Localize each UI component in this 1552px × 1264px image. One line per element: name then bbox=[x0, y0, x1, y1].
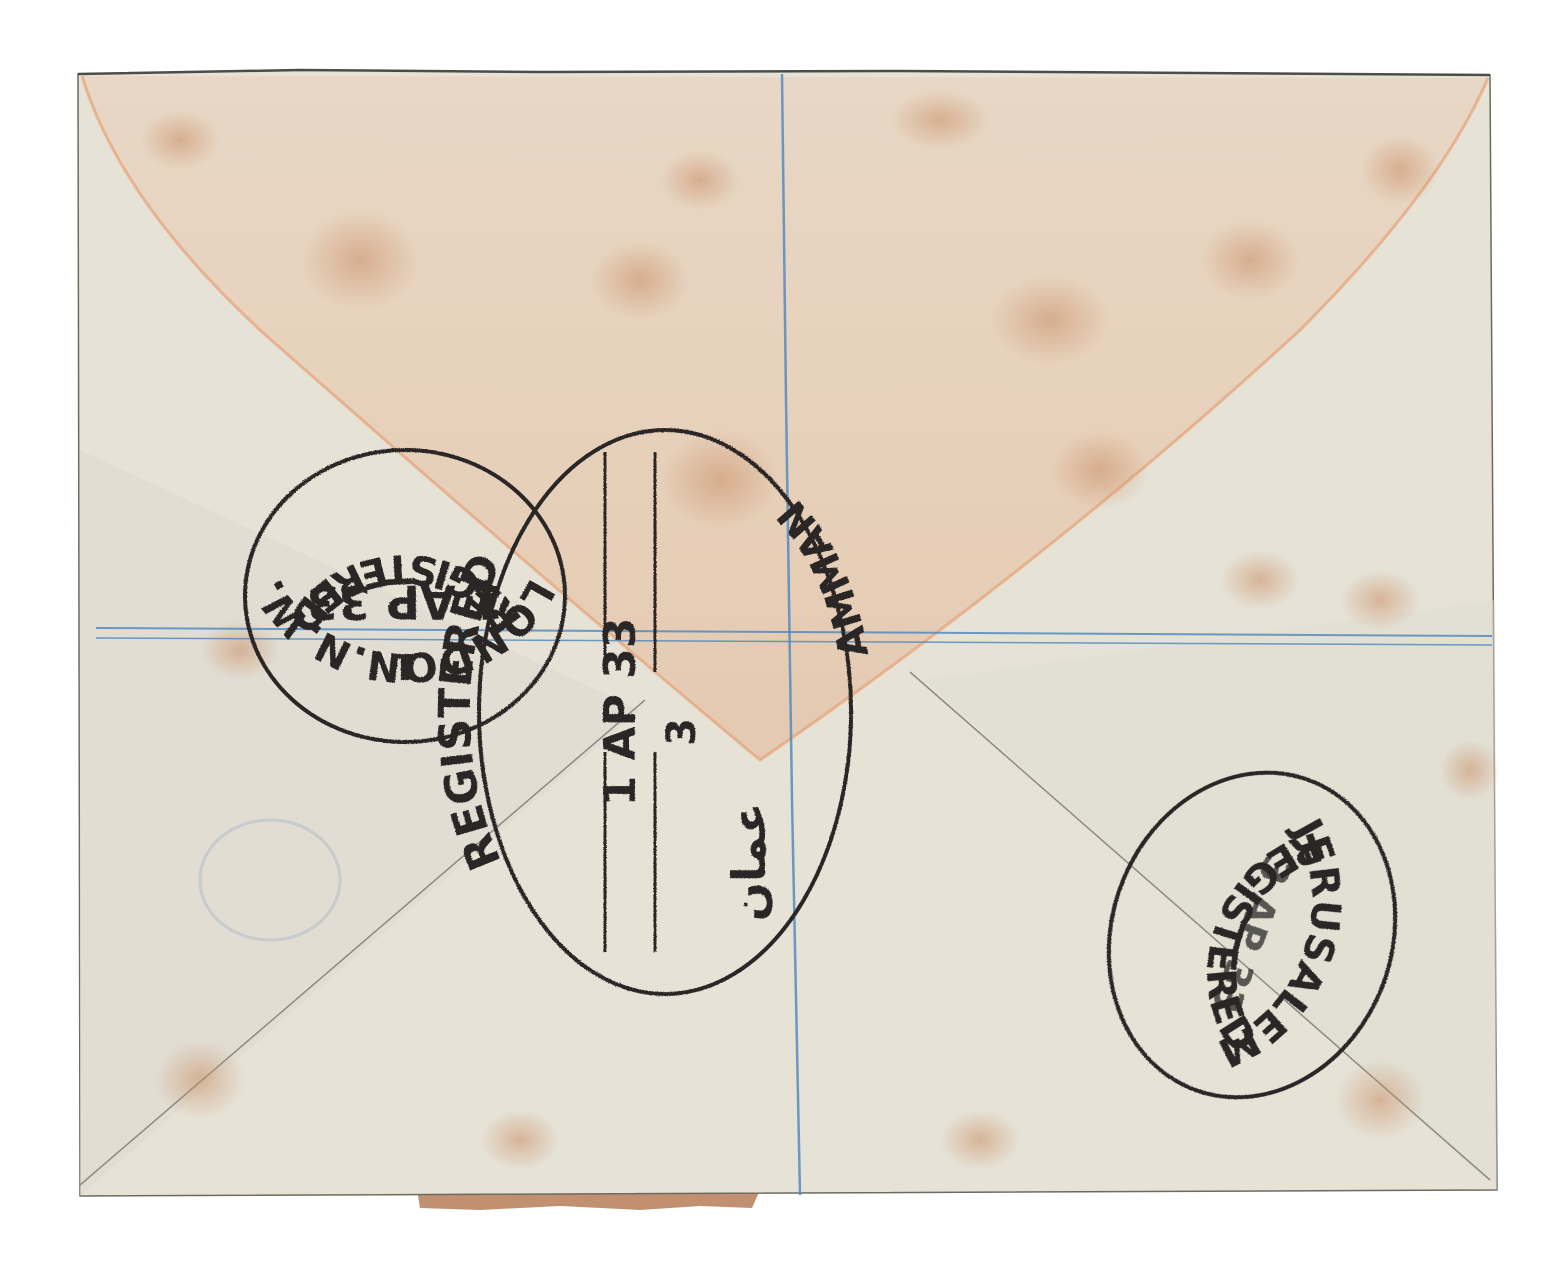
london-line-number: 1 bbox=[392, 645, 417, 686]
amman-date: 1 AP 33 bbox=[595, 618, 646, 807]
amman-line-number: 3 bbox=[659, 718, 705, 746]
envelope-photo: LONDON.N.W. REGISTERED 1 1 AP 33 REGISTE… bbox=[0, 0, 1552, 1264]
amman-arabic-text: عمان bbox=[722, 803, 776, 922]
